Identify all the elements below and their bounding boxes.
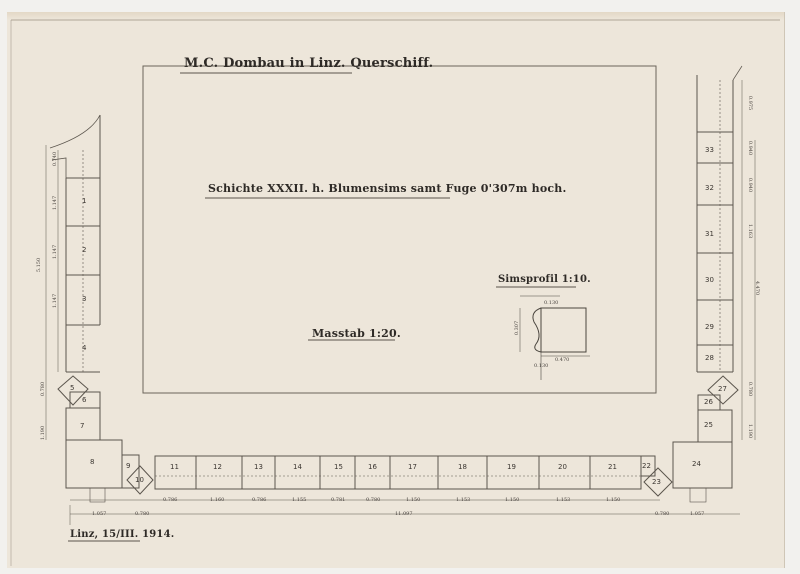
- right-dim-5: 1.190: [747, 424, 753, 438]
- profile-dim-bottom-left: 0.130: [534, 363, 548, 369]
- place-date: Linz, 15/III. 1914.: [70, 529, 174, 540]
- stone-7: 7: [80, 422, 84, 430]
- stone-9: 9: [126, 462, 130, 470]
- stone-31: 31: [705, 230, 714, 238]
- bottom-dim-3: 1.155: [292, 497, 306, 503]
- scale-label: Masstab 1:20.: [312, 327, 401, 340]
- stone-19: 19: [507, 463, 516, 471]
- bottom-total-4: 1.057: [690, 511, 704, 517]
- bottom-dim-6: 1.150: [406, 497, 420, 503]
- bottom-total-1: 0.780: [135, 511, 149, 517]
- stone-16: 16: [368, 463, 377, 471]
- right-dim-1: 0.940: [747, 141, 753, 155]
- stone-23: 23: [652, 478, 661, 486]
- stone-5: 5: [70, 384, 74, 392]
- stone-26: 26: [704, 398, 713, 406]
- left-dim-3: 1.147: [52, 294, 58, 308]
- stone-18: 18: [458, 463, 467, 471]
- left-dim-2: 1.147: [52, 245, 58, 259]
- stone-8: 8: [90, 458, 94, 466]
- bottom-dim-10: 1.150: [606, 497, 620, 503]
- profile-dim-top: 0.130: [544, 300, 558, 306]
- drawing-title: M.C. Dombau in Linz. Querschiff.: [184, 56, 433, 71]
- bottom-dim-1: 1.160: [210, 497, 224, 503]
- bottom-dim-7: 1.153: [456, 497, 470, 503]
- stone-15: 15: [334, 463, 343, 471]
- stone-14: 14: [293, 463, 302, 471]
- right-dim-total: 4.470: [754, 281, 760, 295]
- stone-32: 32: [705, 184, 714, 192]
- stone-3: 3: [82, 295, 86, 303]
- profile-dim-bottom-right: 0.470: [555, 357, 569, 363]
- left-dim-1: 1.147: [52, 196, 58, 210]
- stone-24: 24: [692, 460, 701, 468]
- left-dim-4: 0.780: [40, 382, 46, 396]
- stone-30: 30: [705, 276, 714, 284]
- right-dim-3: 1.163: [747, 224, 753, 238]
- stone-1: 1: [82, 197, 86, 205]
- bottom-dim-5: 0.780: [366, 497, 380, 503]
- stone-20: 20: [558, 463, 567, 471]
- stone-29: 29: [705, 323, 714, 331]
- profile-title: Simsprofil 1:10.: [498, 274, 591, 285]
- stone-22: 22: [642, 462, 651, 470]
- bottom-total-3: 0.780: [655, 511, 669, 517]
- bottom-total-0: 1.057: [92, 511, 106, 517]
- left-dim-0: 0.740: [52, 152, 58, 166]
- stone-13: 13: [254, 463, 263, 471]
- floor-plan-drawing: [0, 0, 800, 574]
- stone-27: 27: [718, 385, 727, 393]
- drawing-subtitle: Schichte XXXII. h. Blumensims samt Fuge …: [208, 182, 567, 195]
- left-dim-total: 5.150: [36, 258, 42, 272]
- stone-25: 25: [704, 421, 713, 429]
- stone-12: 12: [213, 463, 222, 471]
- stone-6: 6: [82, 396, 86, 404]
- stone-2: 2: [82, 246, 86, 254]
- stone-10: 10: [135, 476, 144, 484]
- bottom-dim-2: 0.786: [252, 497, 266, 503]
- bottom-dim-0: 0.786: [163, 497, 177, 503]
- stone-17: 17: [408, 463, 417, 471]
- right-dim-4: 0.780: [747, 382, 753, 396]
- right-dim-2: 0.940: [747, 178, 753, 192]
- bottom-dim-8: 1.150: [505, 497, 519, 503]
- bottom-total-2: 11.097: [395, 511, 413, 517]
- stone-28: 28: [705, 354, 714, 362]
- stone-4: 4: [82, 344, 86, 352]
- stone-21: 21: [608, 463, 617, 471]
- stone-33: 33: [705, 146, 714, 154]
- right-dim-0: 0.975: [747, 96, 753, 110]
- profile-dim-height: 0.307: [514, 321, 520, 335]
- bottom-dim-9: 1.153: [556, 497, 570, 503]
- stone-11: 11: [170, 463, 179, 471]
- left-dim-5: 1.190: [40, 426, 46, 440]
- bottom-dim-4: 0.781: [331, 497, 345, 503]
